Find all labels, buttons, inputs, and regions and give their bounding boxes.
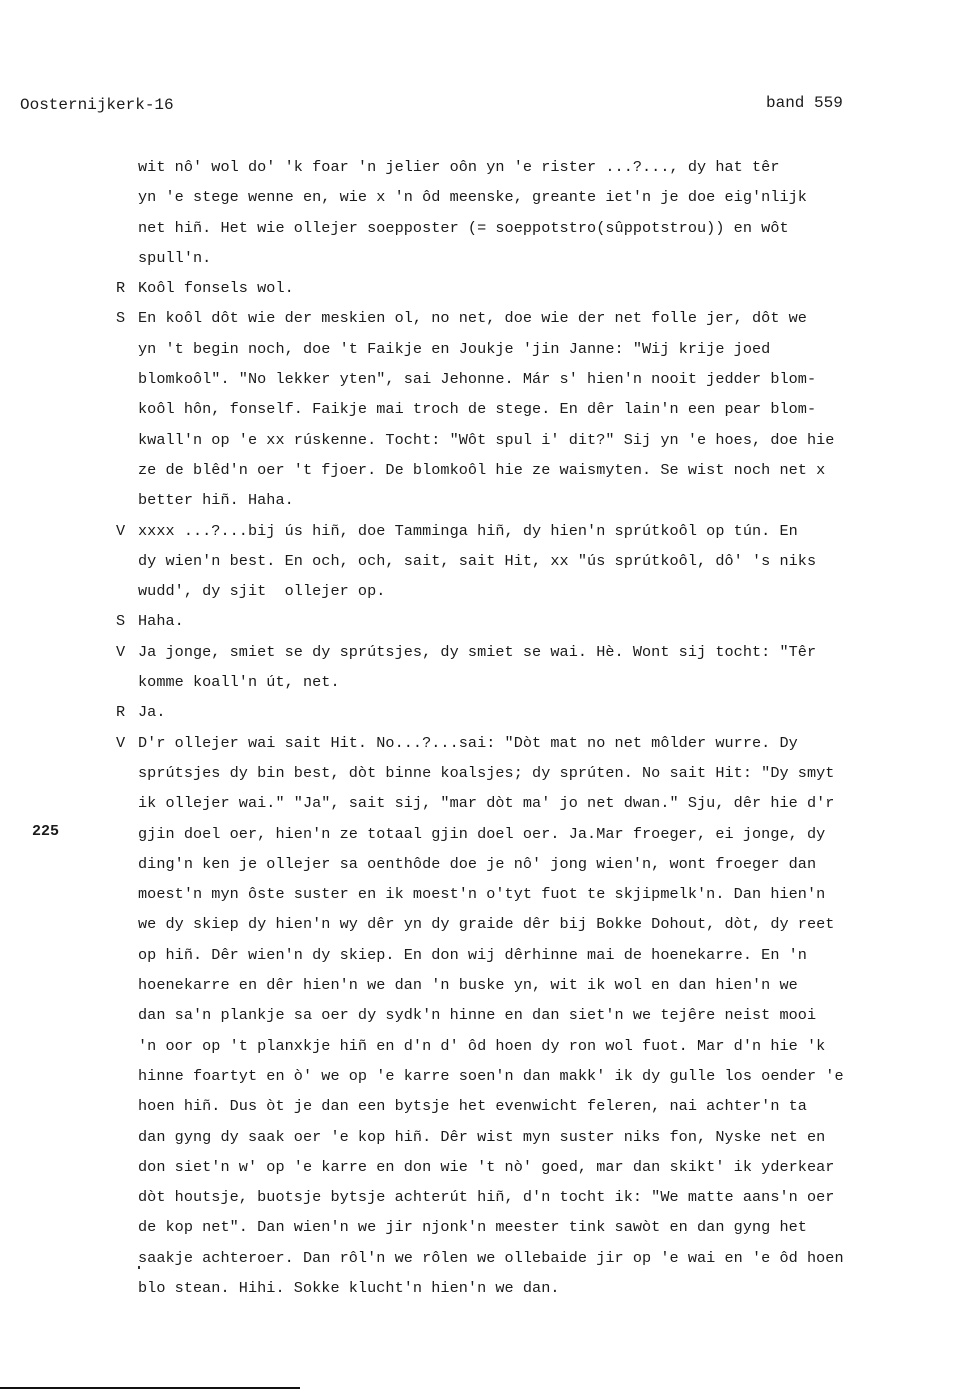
line-text: blomkoôl". "No lekker yten", sai Jehonne…	[138, 370, 816, 388]
transcript-line: dan sa'n plankje sa oer dy sydk'n hinne …	[116, 1000, 936, 1030]
line-text: komme koall'n út, net.	[138, 673, 340, 691]
line-text: wit nô' wol do' 'k foar 'n jelier oôn yn…	[138, 158, 779, 176]
transcript-line: RJa.	[116, 697, 936, 727]
transcript-line: VJa jonge, smiet se dy sprútsjes, dy smi…	[116, 637, 936, 667]
line-text: Ja jonge, smiet se dy sprútsjes, dy smie…	[138, 643, 816, 661]
line-text: kwall'n op 'e xx rúskenne. Tocht: "Wôt s…	[138, 431, 834, 449]
margin-counter-note: 225	[32, 823, 59, 840]
transcript-line: komme koall'n út, net.	[116, 667, 936, 697]
line-text: dy wien'n best. En och, och, sait, sait …	[138, 552, 816, 570]
scan-speck	[138, 1266, 140, 1269]
transcript-line: better hiñ. Haha.	[116, 485, 936, 515]
transcript-line: spull'n.	[116, 243, 936, 273]
line-text: blo stean. Hihi. Sokke klucht'n hien'n w…	[138, 1279, 560, 1297]
transcript-line: SEn koôl dôt wie der meskien ol, no net,…	[116, 303, 936, 333]
transcript-line: hinne foartyt en ò' we op 'e karre soen'…	[116, 1061, 936, 1091]
transcript-line: wudd', dy sjit ollejer op.	[116, 576, 936, 606]
transcript-line: koôl hôn, fonself. Faikje mai troch de s…	[116, 394, 936, 424]
line-text: Koôl fonsels wol.	[138, 279, 294, 297]
transcript-line: VD'r ollejer wai sait Hit. No...?...sai:…	[116, 728, 936, 758]
transcript-line: net hiñ. Het wie ollejer soepposter (= s…	[116, 213, 936, 243]
transcript-line: blo stean. Hihi. Sokke klucht'n hien'n w…	[116, 1273, 936, 1303]
transcript-line: saakje achteroer. Dan rôl'n we rôlen we …	[116, 1243, 936, 1273]
line-text: ze de blêd'n oer 't fjoer. De blomkoôl h…	[138, 461, 825, 479]
speaker-label: V	[116, 728, 138, 758]
line-text: ik ollejer wai." "Ja", sait sij, "mar dò…	[138, 794, 834, 812]
transcript-line: Vxxxx ...?...bij ús hiñ, doe Tamminga hi…	[116, 516, 936, 546]
line-text: sprútsjes dy bin best, dòt binne koalsje…	[138, 764, 834, 782]
speaker-label: S	[116, 606, 138, 636]
transcript-line: de kop net". Dan wien'n we jir njonk'n m…	[116, 1212, 936, 1242]
transcript-line: yn 'e stege wenne en, wie x 'n ôd meensk…	[116, 182, 936, 212]
line-text: hoen hiñ. Dus òt je dan een bytsje het e…	[138, 1097, 807, 1115]
line-text: don siet'n w' op 'e karre en don wie 't …	[138, 1158, 834, 1176]
line-text: dan gyng dy saak oer 'e kop hiñ. Dêr wis…	[138, 1128, 825, 1146]
line-text: Haha.	[138, 612, 184, 630]
line-text: better hiñ. Haha.	[138, 491, 294, 509]
line-text: op hiñ. Dêr wien'n dy skiep. En don wij …	[138, 946, 807, 964]
speaker-label: V	[116, 637, 138, 667]
transcript-body: wit nô' wol do' 'k foar 'n jelier oôn yn…	[116, 152, 936, 1303]
transcript-line: blomkoôl". "No lekker yten", sai Jehonne…	[116, 364, 936, 394]
line-text: En koôl dôt wie der meskien ol, no net, …	[138, 309, 807, 327]
transcript-line: RKoôl fonsels wol.	[116, 273, 936, 303]
transcript-line: kwall'n op 'e xx rúskenne. Tocht: "Wôt s…	[116, 425, 936, 455]
speaker-label: V	[116, 516, 138, 546]
tape-number-header: band 559	[766, 94, 843, 112]
line-text: wudd', dy sjit ollejer op.	[138, 582, 385, 600]
transcript-line: yn 't begin noch, doe 't Faikje en Joukj…	[116, 334, 936, 364]
transcript-line: dan gyng dy saak oer 'e kop hiñ. Dêr wis…	[116, 1122, 936, 1152]
line-text: net hiñ. Het wie ollejer soepposter (= s…	[138, 219, 789, 237]
speaker-label: S	[116, 303, 138, 333]
transcript-line: dy wien'n best. En och, och, sait, sait …	[116, 546, 936, 576]
transcript-line: 'n oor op 't planxkje hiñ en d'n d' ôd h…	[116, 1031, 936, 1061]
line-text: de kop net". Dan wien'n we jir njonk'n m…	[138, 1218, 807, 1236]
line-text: xxxx ...?...bij ús hiñ, doe Tamminga hiñ…	[138, 522, 798, 540]
document-location-header: Oosternijkerk-16	[20, 96, 174, 114]
transcript-line: SHaha.	[116, 606, 936, 636]
line-text: hoenekarre en dêr hien'n we dan 'n buske…	[138, 976, 798, 994]
transcript-line: we dy skiep dy hien'n wy dêr yn dy graid…	[116, 909, 936, 939]
transcript-line: ding'n ken je ollejer sa oenthôde doe je…	[116, 849, 936, 879]
line-text: hinne foartyt en ò' we op 'e karre soen'…	[138, 1067, 844, 1085]
transcript-line: hoenekarre en dêr hien'n we dan 'n buske…	[116, 970, 936, 1000]
transcript-line: sprútsjes dy bin best, dòt binne koalsje…	[116, 758, 936, 788]
line-text: moest'n myn ôste suster en ik moest'n o'…	[138, 885, 825, 903]
transcript-line: ze de blêd'n oer 't fjoer. De blomkoôl h…	[116, 455, 936, 485]
line-text: we dy skiep dy hien'n wy dêr yn dy graid…	[138, 915, 834, 933]
line-text: ding'n ken je ollejer sa oenthôde doe je…	[138, 855, 816, 873]
speaker-label: R	[116, 697, 138, 727]
speaker-label: R	[116, 273, 138, 303]
line-text: spull'n.	[138, 249, 211, 267]
line-text: yn 'e stege wenne en, wie x 'n ôd meensk…	[138, 188, 807, 206]
transcript-line: dòt houtsje, buotsje bytsje achterút hiñ…	[116, 1182, 936, 1212]
footer-rule	[0, 1387, 300, 1389]
line-text: saakje achteroer. Dan rôl'n we rôlen we …	[138, 1249, 844, 1267]
line-text: 'n oor op 't planxkje hiñ en d'n d' ôd h…	[138, 1037, 825, 1055]
line-text: Ja.	[138, 703, 166, 721]
line-text: dòt houtsje, buotsje bytsje achterút hiñ…	[138, 1188, 834, 1206]
transcript-line: moest'n myn ôste suster en ik moest'n o'…	[116, 879, 936, 909]
transcript-line: gjin doel oer, hien'n ze totaal gjin doe…	[116, 819, 936, 849]
line-text: koôl hôn, fonself. Faikje mai troch de s…	[138, 400, 816, 418]
transcript-line: op hiñ. Dêr wien'n dy skiep. En don wij …	[116, 940, 936, 970]
line-text: D'r ollejer wai sait Hit. No...?...sai: …	[138, 734, 798, 752]
transcript-line: hoen hiñ. Dus òt je dan een bytsje het e…	[116, 1091, 936, 1121]
transcript-line: don siet'n w' op 'e karre en don wie 't …	[116, 1152, 936, 1182]
line-text: gjin doel oer, hien'n ze totaal gjin doe…	[138, 825, 825, 843]
line-text: dan sa'n plankje sa oer dy sydk'n hinne …	[138, 1006, 816, 1024]
line-text: yn 't begin noch, doe 't Faikje en Joukj…	[138, 340, 770, 358]
transcript-line: ik ollejer wai." "Ja", sait sij, "mar dò…	[116, 788, 936, 818]
transcript-line: wit nô' wol do' 'k foar 'n jelier oôn yn…	[116, 152, 936, 182]
